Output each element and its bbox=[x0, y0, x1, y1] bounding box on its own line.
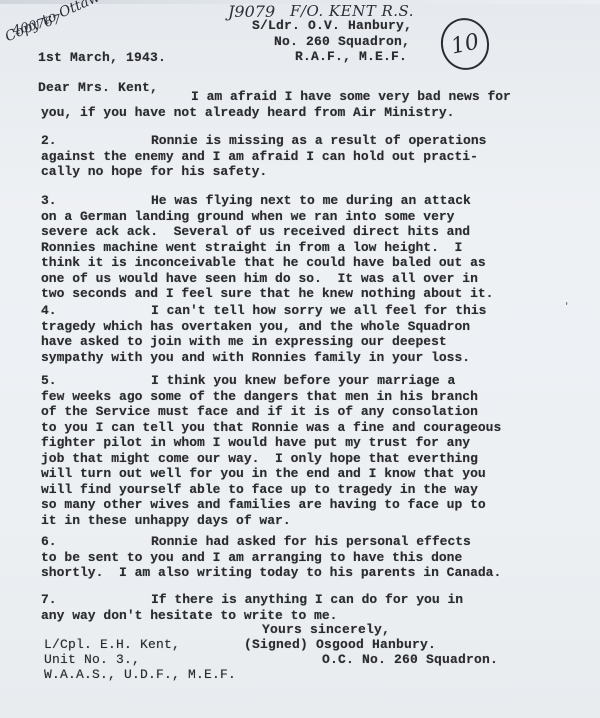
paragraph-line: fighter pilot in whom I would have put m… bbox=[41, 435, 501, 451]
handwritten-copy-note: Copy to Ottawa bbox=[3, 0, 110, 45]
paragraph-line: job that might come our way. I only hope… bbox=[41, 451, 501, 467]
paragraph-3: 3.He was flying next to me during an att… bbox=[41, 193, 493, 302]
closing: Yours sincerely, bbox=[262, 622, 390, 638]
paragraph-line: any way don't hesitate to write to me. bbox=[41, 608, 463, 624]
paragraph-line: 4.I can't tell how sorry we all feel for… bbox=[41, 303, 486, 319]
paragraph-line: tragedy which has overtaken you, and the… bbox=[41, 319, 486, 335]
sender-line-2: No. 260 Squadron, bbox=[274, 34, 410, 50]
recipient-line-2: Unit No. 3., bbox=[44, 652, 140, 668]
paragraph-1: I am afraid I have some very bad news fo… bbox=[41, 89, 511, 120]
paragraph-number: 3. bbox=[41, 193, 151, 209]
paragraph-line: shortly. I am also writing today to his … bbox=[41, 565, 501, 581]
paragraph-line: Ronnies machine went straight in from a … bbox=[41, 240, 493, 256]
paragraph-line: 5.I think you knew before your marriage … bbox=[41, 373, 501, 389]
paragraph-line: have asked to join with me in expressing… bbox=[41, 334, 486, 350]
paragraph-line: 3.He was flying next to me during an att… bbox=[41, 193, 493, 209]
paragraph-line: 7.If there is anything I can do for you … bbox=[41, 592, 463, 608]
page-number-circle: 10 bbox=[436, 14, 494, 75]
paragraph-line: I am afraid I have some very bad news fo… bbox=[41, 89, 511, 105]
paragraph-line: you, if you have not already heard from … bbox=[41, 105, 511, 121]
paragraph-line: 6.Ronnie had asked for his personal effe… bbox=[41, 534, 501, 550]
paragraph-number: 6. bbox=[41, 534, 151, 550]
paragraph-number: 2. bbox=[41, 133, 151, 149]
letter-page: J9079 F/O. KENT R.S. 400767 Copy to Otta… bbox=[0, 0, 600, 718]
paragraph-line: against the enemy and I am afraid I can … bbox=[41, 149, 486, 165]
paragraph-line: sympathy with you and with Ronnies famil… bbox=[41, 350, 486, 366]
letter-date: 1st March, 1943. bbox=[38, 50, 166, 66]
sender-line-1: S/Ldr. O.V. Hanbury, bbox=[252, 18, 412, 34]
paragraph-line: cally no hope for his safety. bbox=[41, 164, 486, 180]
paragraph-number: 4. bbox=[41, 303, 151, 319]
paragraph-line: few weeks ago some of the dangers that m… bbox=[41, 389, 501, 405]
paragraph-line: it in these unhappy days of war. bbox=[41, 513, 501, 529]
paragraph-line: on a German landing ground when we ran i… bbox=[41, 209, 493, 225]
paragraph-line: will find yourself able to face up to tr… bbox=[41, 482, 501, 498]
recipient-line-3: W.A.A.S., U.D.F., M.E.F. bbox=[44, 667, 236, 683]
paragraph-2: 2.Ronnie is missing as a result of opera… bbox=[41, 133, 486, 180]
paragraph-line: one of us would have seen him do so. It … bbox=[41, 271, 493, 287]
paragraph-number: 5. bbox=[41, 373, 151, 389]
paragraph-line: two seconds and I feel sure that he knew… bbox=[41, 286, 493, 302]
paragraph-line: 2.Ronnie is missing as a result of opera… bbox=[41, 133, 486, 149]
paragraph-line: will turn out well for you in the end an… bbox=[41, 466, 501, 482]
paragraph-line: severe ack ack. Several of us received d… bbox=[41, 224, 493, 240]
paragraph-line: to you I can tell you that Ronnie was a … bbox=[41, 420, 501, 436]
paragraph-line: so many other wives and families are hav… bbox=[41, 497, 501, 513]
signatory-title: O.C. No. 260 Squadron. bbox=[322, 652, 498, 668]
paragraph-7: 7.If there is anything I can do for you … bbox=[41, 592, 463, 623]
paragraph-4: 4.I can't tell how sorry we all feel for… bbox=[41, 303, 486, 365]
page-number: 10 bbox=[449, 29, 482, 59]
paragraph-6: 6.Ronnie had asked for his personal effe… bbox=[41, 534, 501, 581]
paragraph-number: 7. bbox=[41, 592, 151, 608]
sender-line-3: R.A.F., M.E.F. bbox=[295, 49, 407, 65]
stray-mark: ʼ bbox=[563, 301, 570, 315]
paragraph-line: of the Service must face and if it is of… bbox=[41, 404, 501, 420]
signature: (Signed) Osgood Hanbury. bbox=[244, 637, 436, 653]
paragraph-line: think it is inconceivable that he could … bbox=[41, 255, 493, 271]
recipient-line-1: L/Cpl. E.H. Kent, bbox=[44, 637, 180, 653]
paragraph-5: 5.I think you knew before your marriage … bbox=[41, 373, 501, 528]
paragraph-line: to be sent to you and I am arranging to … bbox=[41, 550, 501, 566]
